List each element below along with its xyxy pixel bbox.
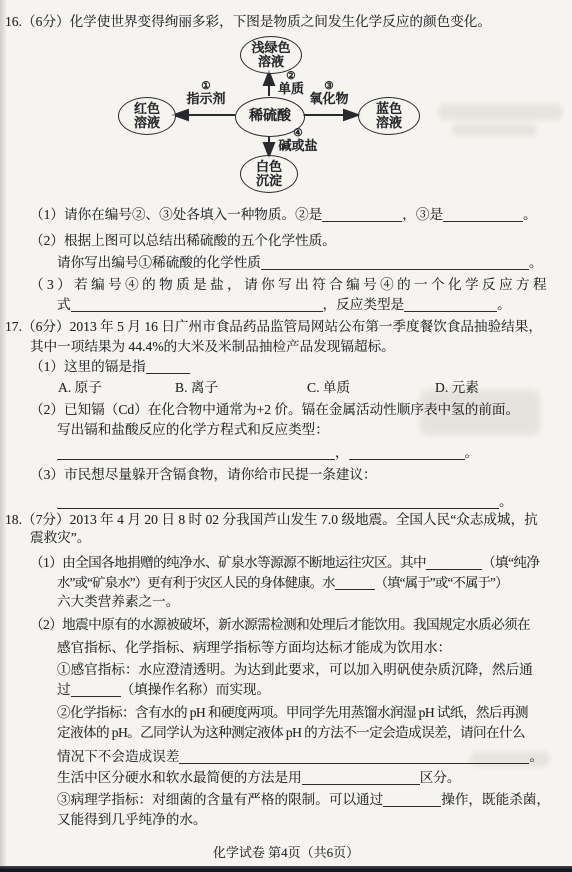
q16-heading-text: 16.（6分）化学使世界变得绚丽多彩，下图是物质之间发生化学反应的颜色变化。 (5, 14, 491, 29)
q18-sub3-text: ③病理学指标：对细菌的含量有严格的限制。可以通过 (57, 792, 383, 807)
answer-blank (349, 446, 465, 460)
q18-sub1-text: 过 (57, 682, 71, 697)
q17-part2-text: 写出镉和盐酸反应的化学方程式和反应类型： (57, 422, 329, 437)
answer-blank (179, 750, 529, 764)
answer-blank (71, 683, 121, 697)
q17-part2-line2: 写出镉和盐酸反应的化学方程式和反应类型： (57, 420, 329, 440)
q17-part3-text: （3）市民想尽量躲开含镉食物，请你给市民提一条建议： (30, 467, 377, 482)
q17-part2-text: 。 (465, 445, 479, 460)
q16-part3-line1: （3）若编号④的物质是盐，请你写出符合编号④的一个化学反应方程 (30, 275, 550, 295)
q17-heading-text: 其中一项结果为 44.4%的大米及米制品抽检产品发现镉超标。 (30, 339, 395, 354)
option-b: B. 离子 (175, 378, 307, 398)
node-white-precipitate: 白色 沉淀 (240, 155, 298, 193)
arrow-label-base-or-salt: ④ 碱或盐 (272, 129, 324, 153)
node-label: 蓝色 (376, 102, 402, 116)
option-a: A. 原子 (58, 378, 175, 398)
scan-left-shadow (0, 0, 7, 872)
q16-part3-line2: 式，反应类型是。 (57, 295, 511, 315)
q17-part1-text: （1）这里的镉是指 (30, 359, 146, 374)
q18-part1-text: （填“纯净 (482, 555, 539, 570)
q18-part1-line1: （1）由全国各地捐赠的纯净水、矿泉水等源源不断地运往灾区。其中（填“纯净 (30, 553, 539, 573)
q18-sub1-line1: ①感官指标：水应澄清透明。为达到此要求，可以加入明矾使杂质沉降，然后通 (57, 660, 533, 680)
q16-part2-text: 请你写出编号①稀硫酸的化学性质 (57, 255, 261, 270)
q18-sub2-text: 情况下不会造成误差 (57, 749, 179, 764)
page-footer: 化学试卷 第4页（共6页） (0, 842, 572, 861)
exam-page: 16.（6分）化学使世界变得绚丽多彩，下图是物质之间发生化学反应的颜色变化。 浅… (0, 0, 572, 872)
q18-heading-line2: 震救灾”。 (30, 528, 90, 548)
scan-edge-band (0, 866, 572, 872)
bleed-through-smudge (452, 124, 537, 136)
q18-part1-text: 水”或“矿泉水”）更有利于灾区人民的身体健康。水 (57, 575, 335, 590)
q18-sub2-line2: 定液体的 pH。乙同学认为这种测定液体 pH 的方法不一定会造成误差，请问在什么 (57, 723, 525, 743)
q18-heading-line1: 18.（7分）2013 年 4 月 20 日 8 时 02 分我国芦山发生 7.… (5, 510, 538, 530)
arrow-text: 指示剂 (186, 92, 225, 106)
answer-blank (322, 208, 402, 222)
answer-blank (426, 556, 482, 570)
q18-sub2-text: 生活中区分硬水和软水最简便的方法是用 (57, 770, 302, 785)
node-label: 溶液 (258, 55, 284, 69)
arrow-label-indicator: ① 指示剂 (180, 82, 232, 106)
q18-part2-line1: （2）地震中原有的水源被破坏，新水源需检测和处理后才能饮用。我国规定水质必须在 (30, 615, 530, 635)
q18-heading-text: 18.（7分）2013 年 4 月 20 日 8 时 02 分我国芦山发生 7.… (5, 512, 538, 527)
node-blue-solution: 蓝色 溶液 (358, 97, 420, 135)
bleed-through-smudge (438, 104, 563, 120)
q18-sub2-line1: ②化学指标：含有水的 pH 和硬度两项。甲同学先用蒸馏水润湿 pH 试纸，然后再… (57, 703, 528, 723)
q18-heading-text: 震救灾”。 (30, 530, 90, 545)
node-label: 溶液 (134, 116, 160, 130)
q18-sub2-line4: 生活中区分硬水和软水最简便的方法是用区分。 (57, 768, 460, 788)
q16-part1-text: ，③是 (402, 207, 443, 222)
answer-blank (57, 495, 499, 509)
q16-part2-text: （2）根据上图可以总结出稀硫酸的五个化学性质。 (30, 233, 336, 248)
q18-sub3-line2: 又能得到几乎纯净的水。 (57, 810, 207, 830)
q16-part1: （1）请你在编号②、③处各填入一种物质。②是，③是。 (30, 205, 537, 225)
q18-sub1-line2: 过（填操作名称）而实现。 (57, 680, 270, 700)
q17-part3-text: 。 (499, 494, 513, 509)
q16-part1-text: 。 (523, 207, 537, 222)
q18-sub2-line3: 情况下不会造成误差。 (57, 747, 543, 767)
answer-blank (404, 298, 497, 312)
q17-part3-answer-line: 。 (57, 492, 513, 512)
q18-sub3-text: 又能得到几乎纯净的水。 (57, 812, 207, 827)
arrow-label-oxide: ③ 氧化物 (302, 82, 356, 106)
q18-sub2-text: ②化学指标：含有水的 pH 和硬度两项。甲同学先用蒸馏水润湿 pH 试纸，然后再… (57, 705, 528, 720)
q18-part1-line2: 水”或“矿泉水”）更有利于灾区人民的身体健康。水（填“属于”或“不属于”） (57, 573, 508, 593)
arrow-text: 碱或盐 (278, 139, 317, 153)
q16-part3-text: 。 (497, 297, 511, 312)
q18-sub2-text: 区分。 (420, 770, 461, 785)
q18-part2-line2: 感官指标、化学指标、病理学指标等方面均达标才能成为饮用水： (57, 638, 451, 658)
q18-sub3-line1: ③病理学指标：对细菌的含量有严格的限制。可以通过操作，既能杀菌， (57, 790, 550, 810)
q16-reaction-diagram: 浅绿色 溶液 红色 溶液 稀硫酸 蓝色 溶液 白色 沉淀 ① 指示剂 ② 单质 … (110, 34, 440, 204)
answer-blank (302, 771, 420, 785)
node-red-solution: 红色 溶液 (118, 97, 176, 135)
q18-part1-text: （1）由全国各地捐赠的纯净水、矿泉水等源源不断地运往灾区。其中 (30, 555, 426, 570)
q17-part3-line1: （3）市民想尽量躲开含镉食物，请你给市民提一条建议： (30, 465, 377, 485)
q16-part3-text: ，反应类型是 (323, 297, 405, 312)
node-label: 溶液 (376, 116, 402, 130)
q16-part2-line2: 请你写出编号①稀硫酸的化学性质。 (57, 253, 543, 273)
node-label: 沉淀 (256, 174, 282, 188)
arrow-text: 氧化物 (309, 92, 348, 106)
q17-options: A. 原子B. 离子C. 单质D. 元素 (58, 378, 479, 398)
q16-part1-text: （1）请你在编号②、③处各填入一种物质。②是 (30, 207, 322, 222)
q18-sub2-text: 定液体的 pH。乙同学认为这种测定液体 pH 的方法不一定会造成误差，请问在什么 (57, 725, 525, 740)
answer-blank (383, 793, 441, 807)
q18-sub1-text: （填操作名称）而实现。 (121, 682, 271, 697)
page-footer-text: 化学试卷 第4页（共6页） (213, 845, 359, 860)
q17-part2-text: ， (335, 445, 349, 460)
q18-part2-text: 感官指标、化学指标、病理学指标等方面均达标才能成为饮用水： (57, 640, 451, 655)
q18-sub2-text: 。 (529, 749, 543, 764)
q17-part2-answer-line: ，。 (57, 443, 478, 463)
option-c: C. 单质 (307, 378, 435, 398)
q18-part1-text: （填“属于”或“不属于”） (375, 575, 508, 590)
arrow-text: 单质 (278, 82, 304, 96)
node-label: 浅绿色 (251, 41, 290, 55)
q17-part2-line1: （2）已知镉（Cd）在化合物中通常为+2 价。镉在金属活动性顺序表中氢的前面。 (30, 400, 519, 420)
option-d: D. 元素 (435, 378, 479, 398)
answer-blank (443, 208, 523, 222)
answer-blank (146, 360, 190, 374)
answer-blank (57, 446, 335, 460)
node-label: 红色 (134, 102, 160, 116)
q16-part3-text: （3）若编号④的物质是盐，请你写出符合编号④的一个化学反应方程 (30, 277, 550, 292)
node-label: 白色 (256, 160, 282, 174)
q18-part2-text: （2）地震中原有的水源被破坏，新水源需检测和处理后才能饮用。我国规定水质必须在 (30, 617, 530, 632)
q18-part1-text: 六大类营养素之一。 (57, 594, 179, 609)
q18-sub1-text: ①感官指标：水应澄清透明。为达到此要求，可以加入明矾使杂质沉降，然后通 (57, 662, 533, 677)
answer-blank (71, 298, 323, 312)
answer-blank (261, 256, 529, 270)
q16-part3-text: 式 (57, 297, 71, 312)
node-light-green-solution: 浅绿色 溶液 (240, 36, 302, 74)
q16-part2-text: 。 (529, 255, 543, 270)
q17-part2-text: （2）已知镉（Cd）在化合物中通常为+2 价。镉在金属活动性顺序表中氢的前面。 (30, 402, 519, 417)
q17-heading-line2: 其中一项结果为 44.4%的大米及米制品抽检产品发现镉超标。 (30, 337, 395, 357)
q18-sub3-text: 操作，既能杀菌， (441, 792, 550, 807)
q18-part1-line3: 六大类营养素之一。 (57, 592, 179, 612)
answer-blank (335, 576, 375, 590)
q17-heading-text: 17.（6分）2013 年 5 月 16 日广州市食品药品监管局网站公布第一季度… (5, 319, 542, 334)
q17-part1: （1）这里的镉是指 (30, 357, 190, 377)
node-label: 稀硫酸 (249, 110, 291, 124)
q16-part2-line1: （2）根据上图可以总结出稀硫酸的五个化学性质。 (30, 231, 336, 251)
q16-heading: 16.（6分）化学使世界变得绚丽多彩，下图是物质之间发生化学反应的颜色变化。 (5, 12, 491, 32)
q17-heading-line1: 17.（6分）2013 年 5 月 16 日广州市食品药品监管局网站公布第一季度… (5, 317, 542, 337)
